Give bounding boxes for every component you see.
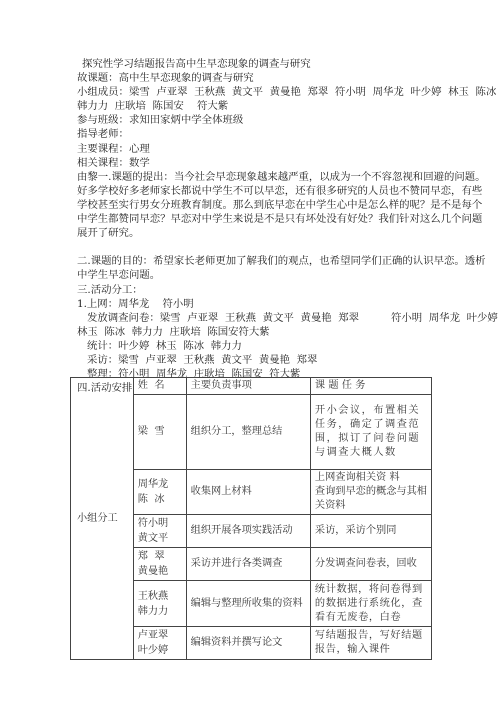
section1-line: 学校甚至实行男女分班教育制度。那么到底早恋在中学生心中是怎么样的呢？是不是每个 [77, 198, 447, 212]
header-duty: 主要负责事项 [186, 378, 310, 395]
member-name: 梁 雪 [133, 395, 186, 470]
group-label-cell: 小组分工 [71, 378, 134, 660]
section2-line: 二.课题的目的：希望家长老师更加了解我们的观点，也希望同学们正确的认识早恋。透析 [77, 254, 447, 268]
class-label: 参与班级： [77, 114, 129, 126]
topic-label: 故课题： [77, 72, 119, 84]
member-name: 黄曼艳 [138, 564, 182, 579]
member-names: 郑 翠黄曼艳 [133, 548, 186, 581]
survey-part-a: 发放调查问卷：梁雪 卢亚翠 王秋燕 黄文平 黄曼艳 郑翠 [87, 312, 359, 324]
member-name: 陈 冰 [138, 492, 182, 507]
document-body: 探究性学习结题报告高中生早恋现象的调查与研究 故课题：高中生早恋现象的调查与研究… [77, 57, 447, 395]
members-value: 梁雪 卢亚翠 王秋燕 黄文平 黄曼艳 郑翠 符小明 周华龙 叶少婷 林玉 陈冰 [129, 86, 496, 98]
member-name: 周华龙 [138, 477, 182, 492]
header-name: 姓 名 [133, 378, 186, 395]
teacher-line: 指导老师： [77, 127, 447, 141]
main-course-value: 心理 [129, 143, 150, 155]
duty-cell: 采访并进行各类调查 [186, 548, 310, 581]
related-course-label: 相关课程： [77, 157, 129, 169]
main-course-line: 主要课程：心理 [77, 142, 447, 156]
section1-line: 展开了研究。 [77, 226, 447, 240]
member-name: 黄文平 [138, 531, 182, 546]
topic-value: 高中生早恋现象的调查与研究 [119, 72, 254, 84]
member-names: 周华龙陈 冰 [133, 470, 186, 515]
report-title: 探究性学习结题报告高中生早恋现象的调查与研究 [77, 57, 447, 71]
duty-cell: 组织开展各项实践活动 [186, 515, 310, 548]
related-course-value: 数学 [129, 157, 150, 169]
section1-line: 中学生都赞同早恋？早恋对中学生来说是不是只有坏处没有好处？我们针对这么几个问题 [77, 212, 447, 226]
related-course-line: 相关课程：数学 [77, 156, 447, 170]
member-name: 韩力力 [138, 604, 182, 619]
members-line-2: 韩力力 庄耿培 陈国安 符大紫 [77, 99, 447, 113]
section1-line: 好多学校好多老师家长都说中学生不可以早恋，还有很多研究的人员也不赞同早恋，有些 [77, 184, 447, 198]
activity-table: 小组分工 姓 名 主要负责事项 课 题 任 务 梁 雪 组织分工，整理总结 开小… [70, 377, 432, 660]
member-name: 符小明 [138, 516, 182, 531]
member-name: 郑 翠 [138, 549, 182, 564]
header-task: 课 题 任 务 [310, 378, 431, 395]
section2-line: 中学生早恋问题。 [77, 268, 447, 282]
online-line: 1.上网：周华龙 符小明 [77, 297, 447, 311]
duty-cell: 收集网上材料 [186, 470, 310, 515]
section3-title: 三.活动分工： [77, 283, 447, 297]
survey-line: 发放调查问卷：梁雪 卢亚翠 王秋燕 黄文平 黄曼艳 郑翠符小明 周华龙 叶少婷 [77, 311, 447, 325]
topic-line: 故课题：高中生早恋现象的调查与研究 [77, 71, 447, 85]
duty-cell: 编辑与整理所收集的资料 [186, 581, 310, 627]
survey-part-b: 符小明 周华龙 叶少婷 [391, 312, 498, 324]
members-line: 小组成员：梁雪 卢亚翠 王秋燕 黄文平 黄曼艳 郑翠 符小明 周华龙 叶少婷 林… [77, 85, 447, 99]
section1-line: 由黎一.课题的提出：当今社会早恋现象越来越严重，以成为一个不容忽视和回避的问题。 [77, 170, 447, 184]
survey-line-2: 林玉 陈冰 韩力力 庄耿培 陈国安符大紫 [77, 325, 447, 339]
member-names: 卢亚翠叶少婷 [133, 627, 186, 660]
spacer [77, 240, 447, 254]
member-name: 王秋燕 [138, 589, 182, 604]
duty-cell: 组织分工，整理总结 [186, 395, 310, 470]
task-cell: 写结题报告，写好结题报告，输入课件 [310, 627, 431, 660]
member-names: 符小明黄文平 [133, 515, 186, 548]
task-cell: 开小会议，布置相关任务，确定了调查范围，拟订了问卷问题与调查大概人数 [310, 395, 431, 470]
member-names: 王秋燕韩力力 [133, 581, 186, 627]
members-label: 小组成员： [77, 86, 129, 98]
member-name: 卢亚翠 [138, 628, 182, 643]
duty-cell: 编辑资料并撰写论文 [186, 627, 310, 660]
task-cell: 统计数据，将问卷得到的数据进行系统化，查看有无废卷，白卷 [310, 581, 431, 627]
task-cell: 分发调查问卷表，回收 [310, 548, 431, 581]
class-value: 求知田家炳中学全体班级 [129, 114, 243, 126]
main-course-label: 主要课程： [77, 143, 129, 155]
interview-line: 采访：梁雪 卢亚翠 王秋燕 黄文平 黄曼艳 郑翠 [77, 353, 447, 367]
stats-line: 统计：叶少婷 林玉 陈冰 韩力力 [77, 339, 447, 353]
class-line: 参与班级：求知田家炳中学全体班级 [77, 113, 447, 127]
task-cell: 上网查询相关资 料 查询到早恋的概念与其相关资料 [310, 470, 431, 515]
member-name: 叶少婷 [138, 643, 182, 658]
table-header-row: 小组分工 姓 名 主要负责事项 课 题 任 务 [71, 378, 432, 395]
task-cell: 采访，采访个别同 [310, 515, 431, 548]
